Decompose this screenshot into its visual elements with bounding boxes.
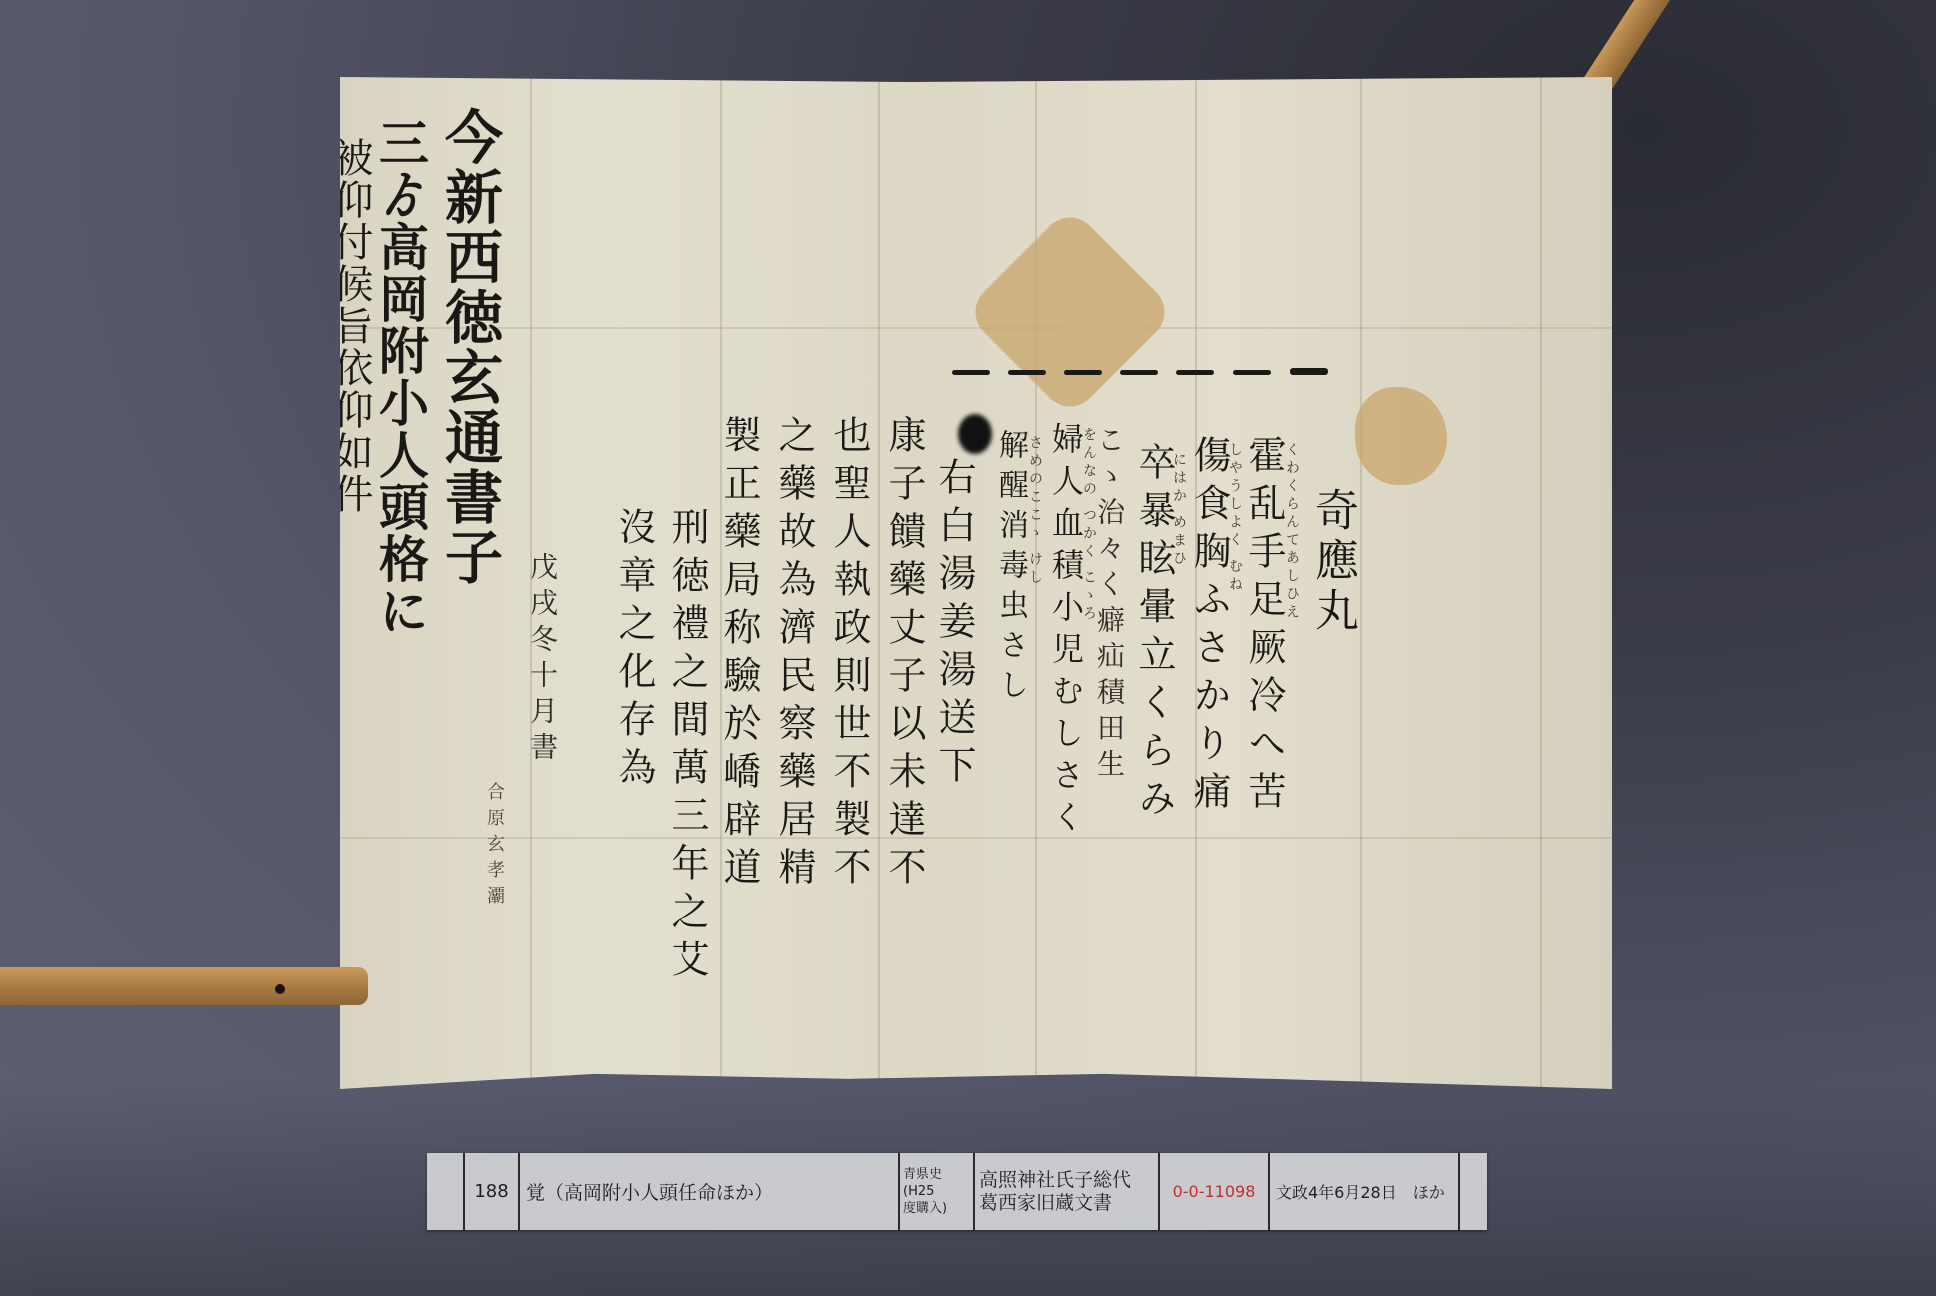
furigana: をんなの つかく こゝろ	[1082, 427, 1096, 624]
label-blank-cell	[427, 1153, 465, 1230]
label-title: 覚（高岡附小人頭任命ほか）	[520, 1153, 900, 1230]
cursive-column: 三ゟ高岡附小人頭格に	[375, 117, 425, 637]
label-source-line2: 度購入)	[903, 1200, 973, 1217]
body-column: 右白湯姜湯送下	[935, 457, 973, 793]
body-column: 刑徳禮之間萬三年之艾	[668, 507, 706, 987]
wooden-stick-left	[0, 967, 368, 1005]
body-column: 製正藥局称驗於嶠辟道	[720, 415, 758, 895]
furigana: くわくらんてあしひえ	[1285, 442, 1299, 622]
stain-blob	[1355, 387, 1447, 485]
label-blank-cell	[1460, 1153, 1487, 1230]
label-collection-line2: 葛西家旧蔵文書	[979, 1192, 1131, 1215]
fold-line	[878, 77, 880, 1089]
cursive-column: 今新西徳玄通書子	[440, 107, 498, 587]
document-heading: 奇應丸	[1310, 487, 1354, 637]
label-source: 青県史(H25 度購入)	[900, 1153, 975, 1230]
item-dash	[1290, 368, 1328, 375]
document-paper: 奇應丸 霍乱手足厥冷へ苦 くわくらんてあしひえ 傷食胸ふさかり痛 しやうしよく …	[340, 77, 1612, 1089]
fold-line	[1360, 77, 1362, 1089]
body-column: 之藥故為濟民察藥居精	[775, 415, 813, 895]
label-id: 0-0-11098	[1160, 1153, 1270, 1230]
furigana: さめのここゝ けし	[1028, 435, 1042, 587]
text-column: こゝ治々く癖疝積田生	[1095, 425, 1123, 785]
seal-signature: 合原玄孝㶚	[485, 782, 503, 912]
body-column: 沒章之化存為	[615, 507, 653, 795]
label-date: 文政4年6月28日 ほか	[1270, 1153, 1460, 1230]
text-column: 卒暴眩暈立くらみ	[1135, 442, 1173, 826]
text-column: 解醒消毒虫さし	[995, 429, 1025, 709]
label-collection: 高照神社氏子総代 葛西家旧蔵文書	[975, 1153, 1160, 1230]
furigana: しやうしよく むね	[1228, 442, 1242, 594]
item-dash	[1233, 370, 1271, 375]
label-source-line1: 青県史(H25	[903, 1166, 973, 1200]
body-column: 康子饋藥丈子以未達不	[885, 415, 923, 895]
stick-hole	[275, 984, 285, 994]
item-dash	[1008, 370, 1046, 375]
ink-blot	[958, 414, 992, 454]
date-line: 戊戌冬十月書	[528, 552, 556, 768]
text-column: 霍乱手足厥冷へ苦	[1245, 435, 1283, 819]
stain-diamond	[964, 206, 1176, 418]
item-dash	[1176, 370, 1214, 375]
fold-line	[340, 837, 1612, 839]
fold-line	[1540, 77, 1542, 1089]
catalog-label: 188 覚（高岡附小人頭任命ほか） 青県史(H25 度購入) 高照神社氏子総代 …	[427, 1153, 1487, 1230]
label-number: 188	[465, 1153, 520, 1230]
item-dash	[1120, 370, 1158, 375]
fold-line	[340, 327, 1612, 329]
label-collection-line1: 高照神社氏子総代	[979, 1169, 1131, 1192]
item-dash	[1064, 370, 1102, 375]
text-column: 婦人血積小児むしさく	[1050, 422, 1082, 842]
body-column: 也聖人執政則世不製不	[830, 415, 868, 895]
cursive-column: 被仰付候旨依仰如件	[330, 137, 370, 515]
item-dash	[952, 370, 990, 375]
text-column: 傷食胸ふさかり痛	[1190, 435, 1228, 819]
furigana: にはか めまひ	[1172, 452, 1186, 568]
